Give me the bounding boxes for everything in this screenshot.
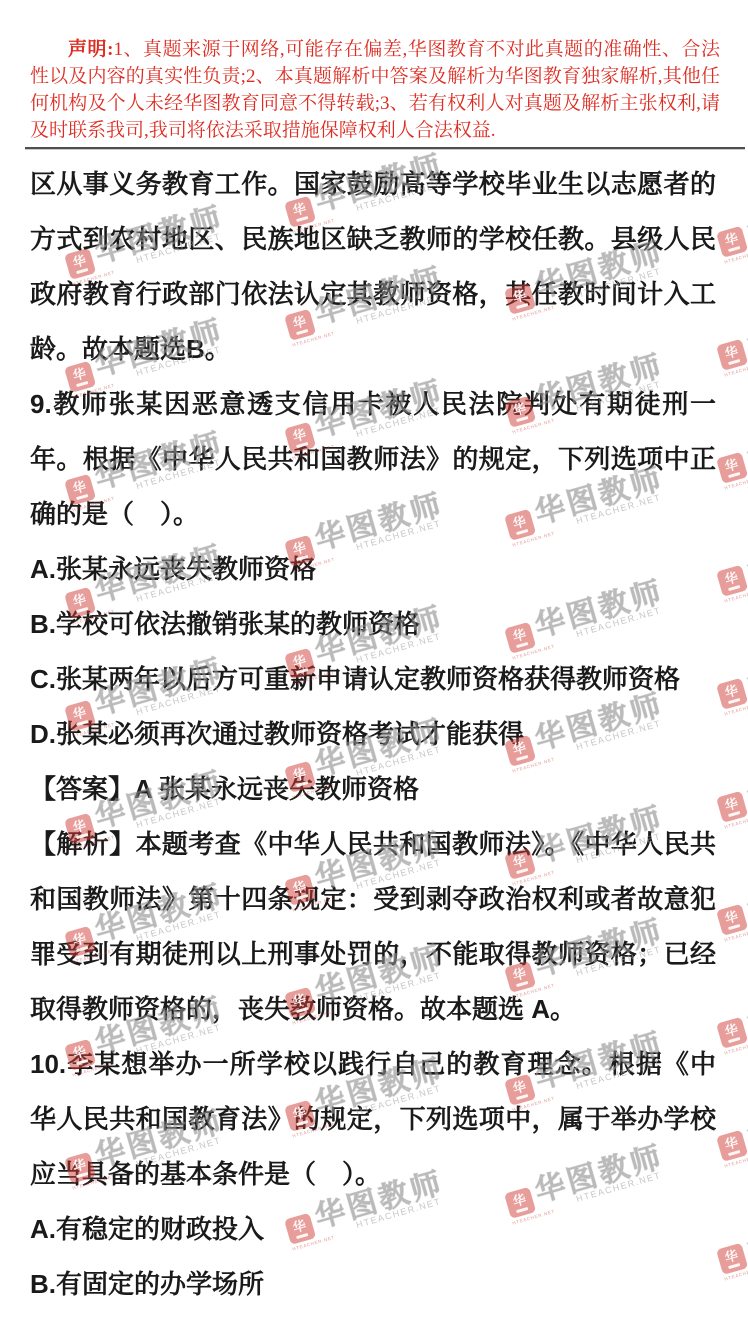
watermark-logo-icon: 华 bbox=[716, 565, 748, 597]
question-9-option-c: C.张某两年以后方可重新申请认定教师资格获得教师资格 bbox=[30, 652, 716, 707]
watermark-brand-text: 华图教师 bbox=[741, 736, 748, 815]
question-9-stem: 9.教师张某因恶意透支信用卡被人民法院判处有期徒刑一年。根据《中华人民共和国教师… bbox=[30, 377, 716, 542]
carryover-paragraph: 区从事义务教育工作。国家鼓励高等学校毕业生以志愿者的方式到农村地区、民族地区缺乏… bbox=[30, 157, 716, 377]
watermark-logo-caption: HTEACHER.NET bbox=[724, 588, 748, 604]
watermark: 华HTEACHER.NET华图教师HTEACHER.NET bbox=[712, 722, 748, 850]
watermark-brand-text: 华图教师 bbox=[741, 962, 748, 1041]
question-9-option-d: D.张某必须再次通过教师资格考试才能获得 bbox=[30, 707, 716, 762]
watermark-brand-text: 华图教师 bbox=[741, 171, 748, 250]
question-9-analysis: 【解析】本题考查《中华人民共和国教师法》。《中华人民共和国教师法》第十四条规定：… bbox=[30, 817, 716, 1037]
watermark: 华HTEACHER.NET华图教师HTEACHER.NET bbox=[712, 496, 748, 624]
watermark-logo-icon: 华 bbox=[716, 226, 748, 258]
watermark-logo-caption: HTEACHER.NET bbox=[724, 814, 748, 830]
watermark-brand-text: 华图教师 bbox=[741, 623, 748, 702]
watermark: 华HTEACHER.NET华图教师HTEACHER.NET bbox=[712, 1061, 748, 1189]
question-10-option-a: A.有稳定的财政投入 bbox=[30, 1202, 716, 1257]
watermark: 华HTEACHER.NET华图教师HTEACHER.NET bbox=[712, 609, 748, 737]
disclaimer-paragraph: 声明:1、真题来源于网络,可能存在偏差,华图教育不对此真题的准确性、合法性以及内… bbox=[30, 36, 720, 144]
question-9-option-a: A.张某永远丧失教师资格 bbox=[30, 542, 716, 597]
watermark-brand-text: 华图教师 bbox=[741, 1188, 748, 1267]
disclaimer-text: 1、真题来源于网络,可能存在偏差,华图教育不对此真题的准确性、合法性以及内容的真… bbox=[30, 39, 720, 141]
watermark-brand-text: 华图教师 bbox=[741, 397, 748, 476]
watermark-logo-caption: HTEACHER.NET bbox=[724, 1153, 748, 1169]
watermark-logo-caption: HTEACHER.NET bbox=[724, 1266, 748, 1282]
watermark-logo-caption: HTEACHER.NET bbox=[724, 927, 748, 943]
watermark-logo-icon: 华 bbox=[716, 1017, 748, 1049]
watermark-logo-caption: HTEACHER.NET bbox=[724, 249, 748, 265]
question-9-option-b: B.学校可依法撤销张某的教师资格 bbox=[30, 597, 716, 652]
watermark-logo-icon: 华 bbox=[716, 452, 748, 484]
watermark-logo-icon: 华 bbox=[716, 678, 748, 710]
watermark-brand-text: 华图教师 bbox=[741, 284, 748, 363]
watermark-brand-text: 华图教师 bbox=[741, 849, 748, 928]
watermark-brand-text: 华图教师 bbox=[741, 510, 748, 589]
watermark-logo-icon: 华 bbox=[716, 1243, 748, 1275]
document-body: 区从事义务教育工作。国家鼓励高等学校毕业生以志愿者的方式到农村地区、民族地区缺乏… bbox=[30, 150, 716, 1312]
watermark: 华HTEACHER.NET华图教师HTEACHER.NET bbox=[712, 948, 748, 1076]
watermark-brand-text: 华图教师 bbox=[741, 1075, 748, 1154]
watermark-logo-icon: 华 bbox=[716, 791, 748, 823]
watermark-logo-caption: HTEACHER.NET bbox=[724, 1040, 748, 1056]
document-page: 声明:1、真题来源于网络,可能存在偏差,华图教育不对此真题的准确性、合法性以及内… bbox=[0, 0, 748, 1335]
watermark-logo-caption: HTEACHER.NET bbox=[724, 475, 748, 491]
disclaimer-label: 声明: bbox=[68, 39, 113, 60]
question-10-option-b: B.有固定的办学场所 bbox=[30, 1257, 716, 1312]
question-10-stem: 10.李某想举办一所学校以践行自己的教育理念。根据《中华人民共和国教育法》的规定… bbox=[30, 1037, 716, 1202]
watermark: 华HTEACHER.NET华图教师HTEACHER.NET bbox=[712, 157, 748, 285]
watermark-logo-icon: 华 bbox=[716, 1130, 748, 1162]
question-9-answer: 【答案】A 张某永远丧失教师资格 bbox=[30, 762, 716, 817]
watermark: 华HTEACHER.NET华图教师HTEACHER.NET bbox=[712, 1174, 748, 1302]
watermark-logo-caption: HTEACHER.NET bbox=[724, 362, 748, 378]
watermark: 华HTEACHER.NET华图教师HTEACHER.NET bbox=[712, 270, 748, 398]
watermark-logo-caption: HTEACHER.NET bbox=[724, 701, 748, 717]
watermark: 华HTEACHER.NET华图教师HTEACHER.NET bbox=[712, 383, 748, 511]
watermark: 华HTEACHER.NET华图教师HTEACHER.NET bbox=[712, 835, 748, 963]
watermark-logo-icon: 华 bbox=[716, 339, 748, 371]
watermark-logo-icon: 华 bbox=[716, 904, 748, 936]
